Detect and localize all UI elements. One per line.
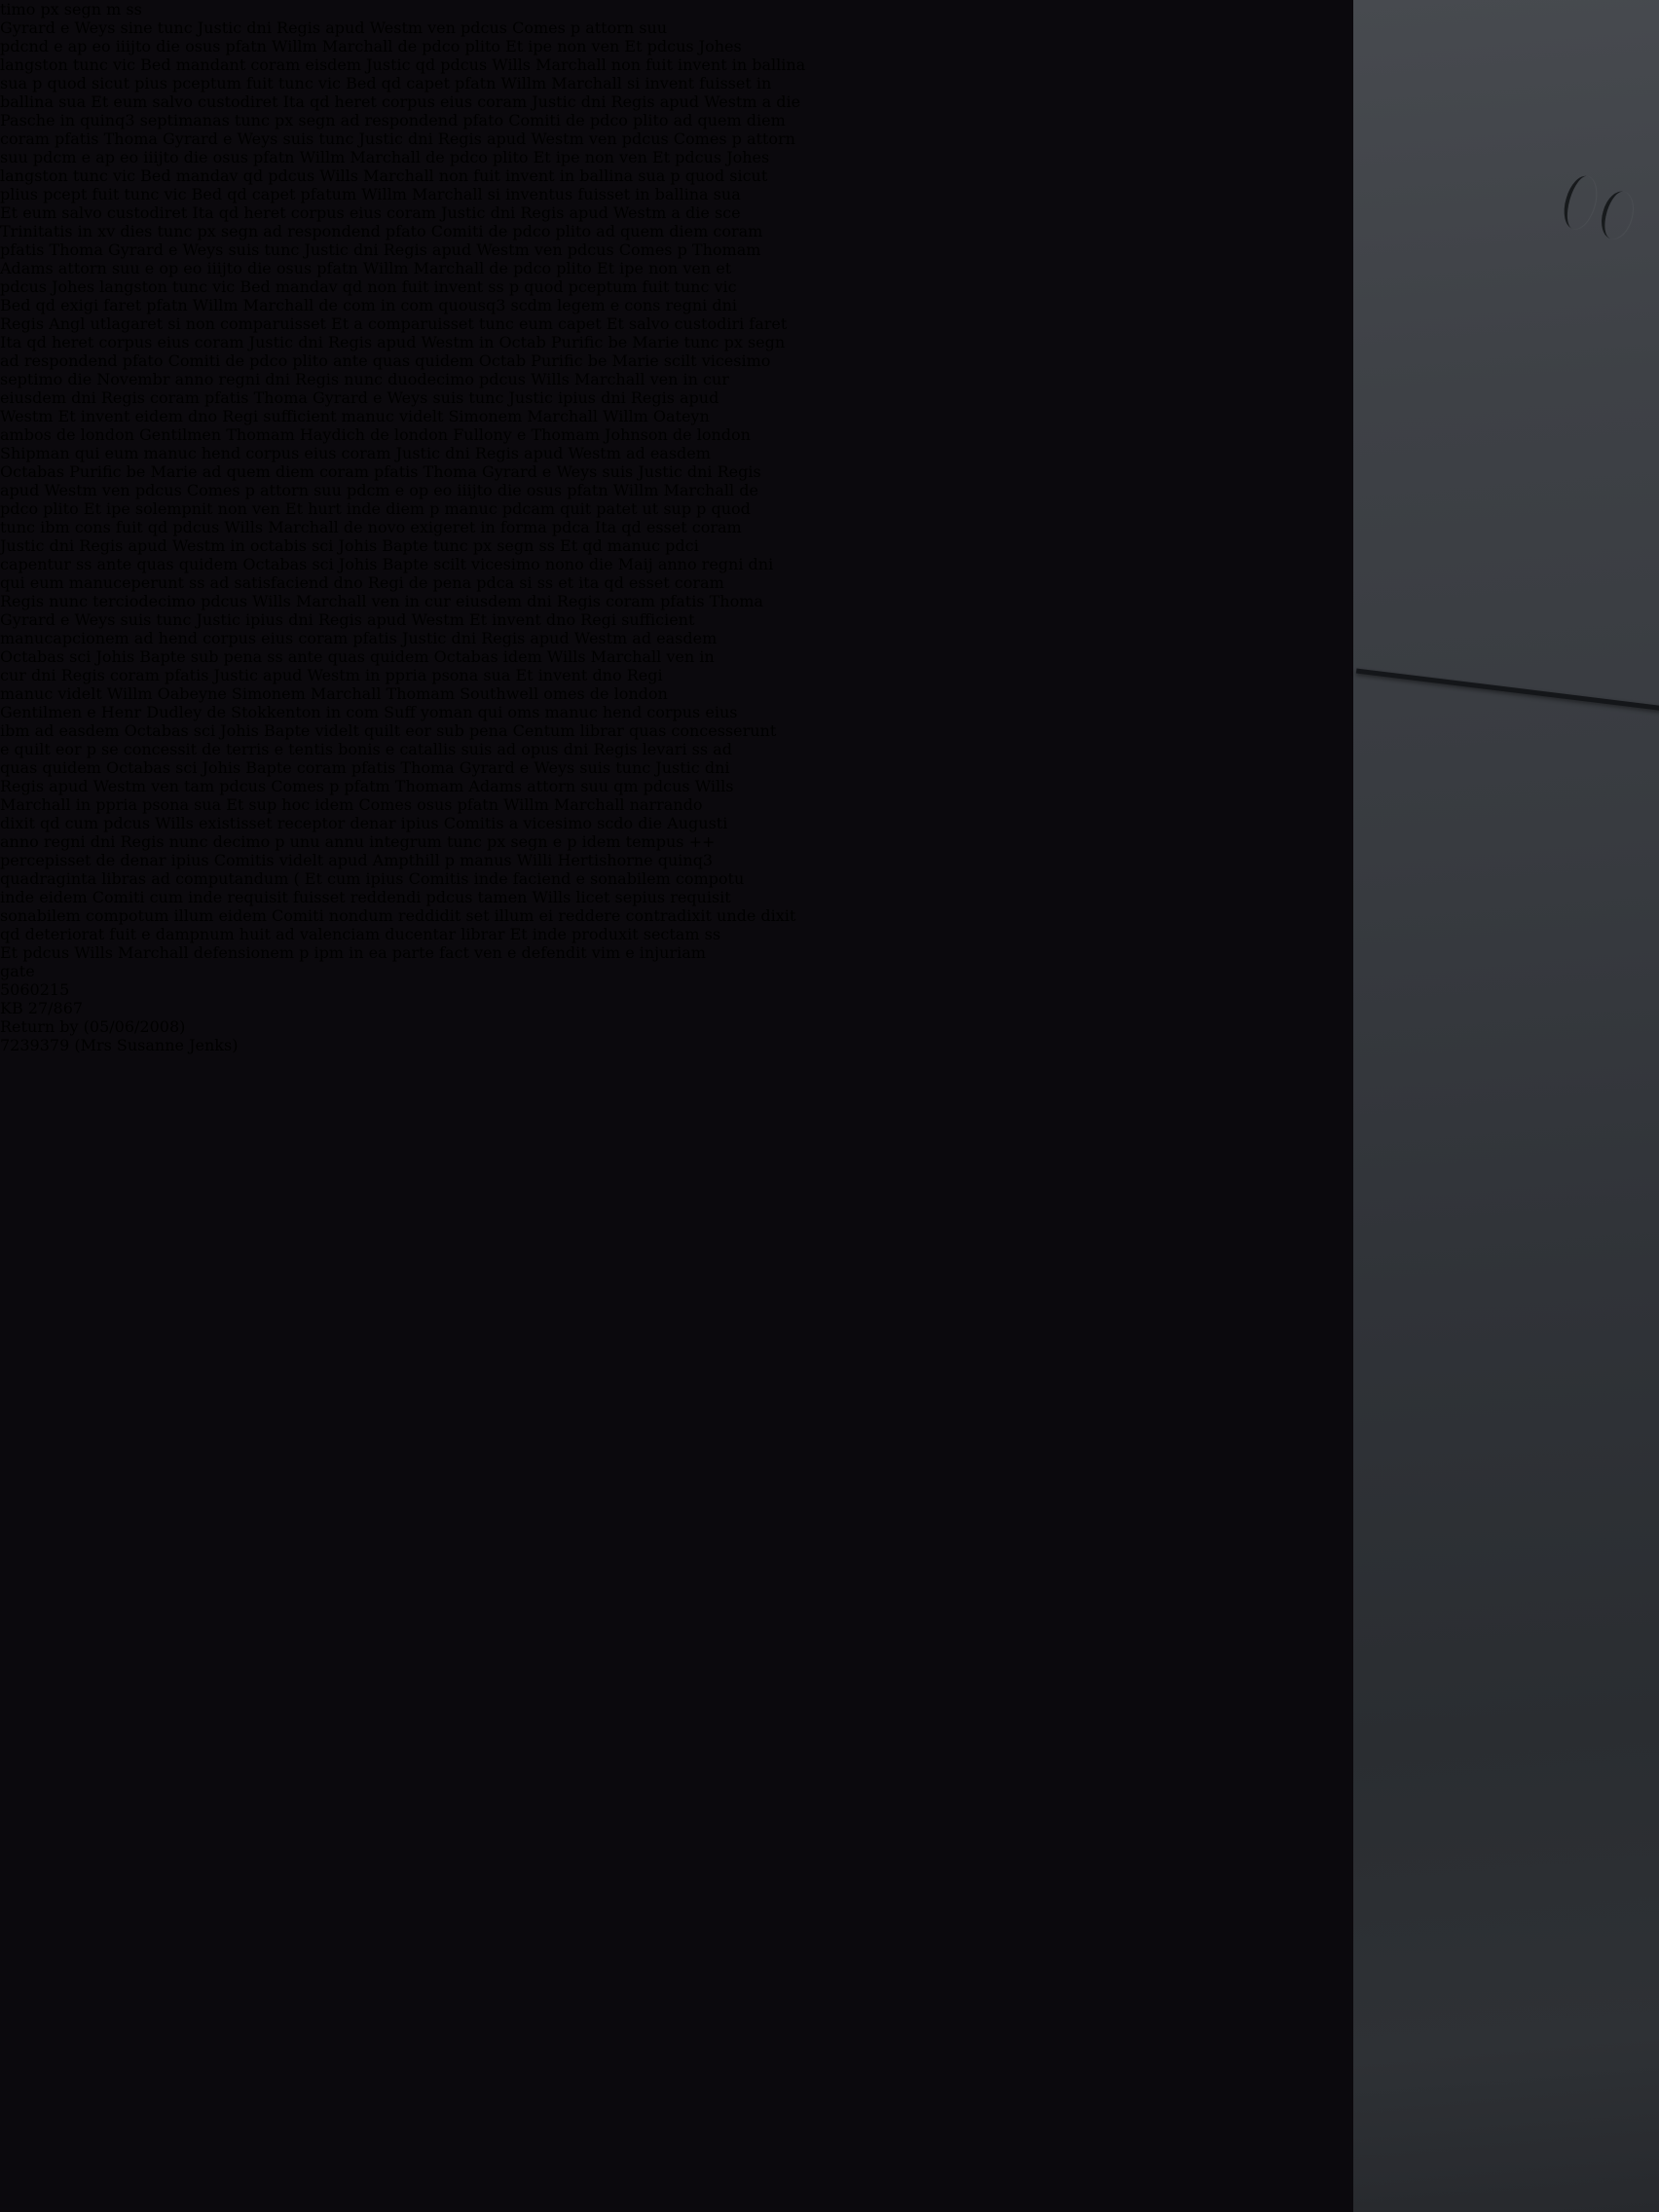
archival-photograph: { "manuscript": { "ink_color": "#6b5a43"… bbox=[0, 0, 1659, 2212]
photo-background-right bbox=[1353, 0, 1659, 2212]
photographer-fingertip bbox=[0, 0, 23, 119]
